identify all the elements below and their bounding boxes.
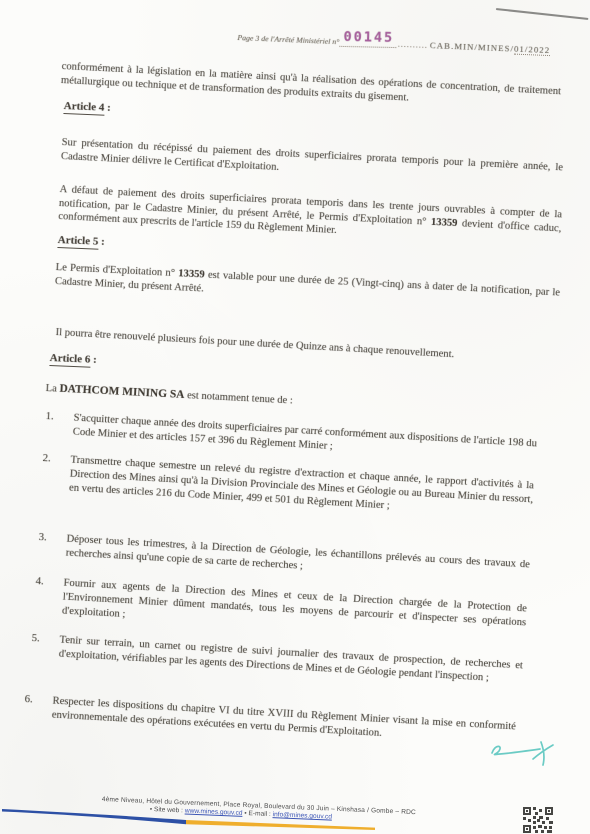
- list-item: 3. Déposer tous les trimestres, à la Dir…: [37, 531, 530, 586]
- article6-intro: La DATHCOM MINING SA est notamment tenue…: [45, 382, 475, 417]
- header-reference-number: 01/2022: [514, 44, 551, 57]
- article4-heading: Article 4 :: [63, 100, 111, 114]
- list-item-number: 1.: [44, 410, 73, 439]
- handwritten-paraph-icon: [488, 733, 560, 769]
- list-item-number: 6.: [23, 693, 52, 722]
- permit-number: 13359: [431, 216, 458, 228]
- article5-heading-text: Article 5: [57, 234, 98, 249]
- page-header-label: Page 3 de l'Arrêté Ministériel n°: [237, 33, 339, 46]
- article4-heading-text: Article 4: [63, 100, 104, 115]
- list-item-text: Tenir sur terrain, un carnet ou registre…: [58, 634, 523, 687]
- list-item-number: 3.: [37, 531, 66, 560]
- document-page: Page 3 de l'Arrêté Ministériel n° 00145 …: [0, 0, 590, 834]
- footer-swoosh-yellow: [186, 820, 375, 830]
- article6-heading-colon: :: [90, 354, 97, 366]
- list-item: 5. Tenir sur terrain, un carnet ou regis…: [30, 632, 523, 687]
- article4-heading-colon: :: [104, 102, 111, 114]
- list-item-text: Respecter les dispositions du chapitre V…: [51, 695, 516, 748]
- list-item-text: Transmettre chaque semestre un relevé du…: [69, 454, 535, 521]
- article5-heading-colon: :: [98, 236, 105, 248]
- list-item-number: 5.: [30, 632, 59, 661]
- article5-paragraph-1: Le Permis d'Exploitation n° 13359 est va…: [55, 261, 561, 314]
- list-item-text: Fournir aux agents de la Direction des M…: [62, 577, 528, 644]
- article6-heading-text: Article 6: [49, 352, 90, 367]
- page-header: Page 3 de l'Arrêté Ministériel n° 00145 …: [237, 24, 551, 55]
- header-reference-prefix: CAB.MIN/MINES/: [430, 40, 515, 54]
- list-item: 4. Fournir aux agents de la Direction de…: [34, 575, 528, 644]
- article6-intro-text: La: [45, 383, 59, 395]
- article6-intro-end: est notamment tenue de :: [184, 390, 293, 406]
- footer-swoosh-blue: [2, 809, 186, 824]
- article5-paragraph-2: Il pourra être renouvelé plusieurs fois …: [55, 326, 560, 368]
- list-item-text: Déposer tous les trimestres, à la Direct…: [65, 533, 530, 586]
- header-reference: CAB.MIN/MINES/01/2022: [430, 40, 551, 55]
- intro-paragraph: conformément à la législation en la mati…: [61, 60, 562, 112]
- header-dots: ..........: [396, 40, 430, 50]
- qr-code-icon: [523, 807, 553, 833]
- permit-number: 13359: [178, 268, 205, 280]
- article6-heading: Article 6 :: [49, 352, 97, 366]
- list-item: 6. Respecter les dispositions du chapitr…: [23, 693, 516, 748]
- list-item: 2. Transmettre chaque semestre un relevé…: [41, 452, 535, 521]
- scan-fold-line: [496, 8, 589, 20]
- article5-heading: Article 5 :: [57, 234, 105, 248]
- list-item-number: 4.: [34, 575, 64, 618]
- stamp-number: 00145: [339, 29, 396, 48]
- article4-paragraph-2: A défaut de paiement des droits superfic…: [58, 183, 562, 249]
- list-item-number: 2.: [41, 452, 71, 495]
- company-name: DATHCOM MINING SA: [59, 383, 185, 401]
- footer-swoosh: [0, 805, 380, 833]
- article4-paragraph-1: Sur présentation du récépissé du paiemen…: [61, 136, 564, 189]
